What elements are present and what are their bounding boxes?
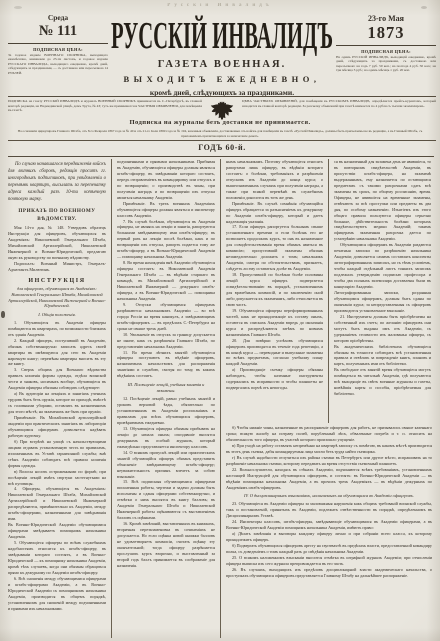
year-line: ГОДЪ 60-й. — [8, 140, 436, 152]
gazette-subtitle: ГАЗЕТА ВОЕННАЯ. — [110, 59, 334, 70]
paper-stain — [421, 6, 427, 9]
article-block: III. Посѣщеніе лекцій, учебныя занятія и… — [123, 382, 209, 394]
column-divider — [111, 159, 112, 638]
article-block: Примѣчаніе. Въ трехъ военныхъ Академіяхъ… — [117, 201, 215, 219]
wide-bottom-column: б) Чтобы нижніе чины, назначенные въ рас… — [226, 425, 432, 638]
column-divider — [328, 159, 329, 423]
article-block: Мая 14-го дня, № 148. Утвердивъ образецъ… — [8, 225, 106, 261]
article-block: 24. Инспекторы классовъ, штабъ-офицеры, … — [226, 519, 432, 531]
issue-date: 23-го Мая — [336, 14, 436, 23]
article-block: 17. Если офицеръ рапортуется больнымъ св… — [226, 224, 323, 272]
subscription-price-text: За годовое изданіе ВОЕННАГО СБОРНИКА, вы… — [8, 53, 108, 75]
circular-notice: На основаніи циркуляровъ Главнаго Штаба,… — [10, 129, 430, 138]
right-subscription-box: 23-го Мая 1873 ПОДПИСНАЯ ЦѢНА: На одинъ … — [336, 13, 436, 97]
article-block: 6. Всѣ сношенія между обучающимися офице… — [8, 576, 106, 612]
article-block: 4. Офицеры, обучающіеся въ Академіяхъ: Н… — [8, 486, 106, 522]
column-divider — [220, 159, 221, 638]
article-body: По случаю начавшагося передвиженія войск… — [8, 156, 434, 638]
article-block: 12. Посѣщеніе лекцій, равно учебныхъ зан… — [117, 396, 215, 426]
subscription-price-title: ПОДПИСНАЯ ЦѢНА: — [336, 49, 436, 54]
column-2: подчиненными и прямыми начальниками. При… — [117, 159, 215, 638]
article-block: 2. Каждый офицеръ, поступившій въ Академ… — [8, 338, 106, 368]
article-block: I. Общія положенія. — [14, 312, 100, 318]
article-block: г) Въ случаѣ надобности отлучиться изъ р… — [226, 455, 432, 467]
article-block: 15. Всѣ подписныя обучающимися офицерами… — [117, 479, 215, 521]
issue-number: № 111 — [8, 23, 108, 44]
article-block: Примѣчаніе. Въ Михайловской артиллерійск… — [8, 415, 106, 439]
article-block: 20. Для повѣрки успѣховъ обучающихся офи… — [226, 338, 323, 368]
article-block: 22. Вольнослушатели, находясь въ стѣнахъ… — [226, 467, 432, 491]
article-block: 19. Обучающіеся офицеры переформированны… — [226, 308, 323, 338]
masthead-center: РУССКІЙ ИНВАЛИДЪ ГАЗЕТА ВОЕННАЯ. ВЫХОДИТ… — [108, 13, 336, 97]
article-block: для офицеровъ, обучающихся въ Академіяхъ… — [8, 286, 106, 309]
column-1: По случаю начавшагося передвиженія войск… — [8, 159, 106, 638]
article-block: По случаю начавшагося передвиженія войск… — [8, 161, 106, 203]
article-block: ИНСТРУКЦІЯ — [8, 277, 106, 286]
no-delivery-notice: Подписка на журналы безъ доставки не при… — [0, 119, 440, 126]
article-block: 18. Пропустившій по болѣзни болѣе полови… — [226, 272, 323, 308]
article-block: б) Чтобы нижніе чины, назначенные въ рас… — [226, 425, 432, 443]
article-block: подчиненными и прямыми начальниками. При… — [117, 159, 215, 201]
article-block: 23. Обучающіеся въ Академіи офицеры за м… — [226, 501, 432, 519]
article-block: 7. Въ случаѣ болѣзни, обучающіеся въ Ака… — [117, 219, 215, 261]
article-block: нымъ начальникамъ. Поэтому обучающіеся о… — [226, 159, 323, 201]
column-3: нымъ начальникамъ. Поэтому обучающіеся о… — [226, 159, 323, 423]
article-block: 14. О всякомъ пропускѣ лекцій или практи… — [117, 450, 215, 480]
right-half: нымъ начальникамъ. Поэтому обучающіеся о… — [226, 159, 432, 638]
weekday-label: Среда — [8, 13, 108, 22]
article-block: 26. Въ случаяхъ, выходящихъ изъ предѣлов… — [226, 567, 432, 579]
bleed-through-text: Русскій Инвалидъ — [0, 3, 440, 8]
article-block: а) Въ аудиторіи на лекціяхъ и занятіяхъ … — [8, 391, 106, 415]
issue-year: 1873 — [336, 23, 436, 46]
article-block: 16. Кромѣ замѣчаній, выставленныхъ въ кн… — [117, 521, 215, 569]
left-subscription-box: Среда № 111 ПОДПИСНАЯ ЦѢНА: За годовое и… — [8, 13, 108, 97]
article-block: 5. Обучающіеся офицеры по всѣмъ служебны… — [8, 540, 106, 576]
article-block: IV. О дисциплинарныхъ взысканіяхъ, налаг… — [232, 493, 426, 499]
article-block: 25. О всякомъ наложенномъ взысканіи внос… — [226, 555, 432, 567]
subscription-price-text: На одинъ РУССКІЙ ИНВАЛИДЪ, выходящій еже… — [336, 55, 436, 73]
article-block: в) Волосы носить остриженными по формѣ; … — [8, 469, 106, 487]
article-block: Въ академическихъ библіотекахъ обучающіе… — [334, 344, 431, 368]
article-block: 8. Во время нахожденія внѣ Академіи обуч… — [117, 260, 215, 302]
article-block: а) Дѣлать замѣчанія и выговоры каждому о… — [226, 531, 432, 543]
publication-frequency: ВЫХОДИТЪ ЕЖЕДНЕВНО, — [110, 74, 334, 84]
subscription-price-title: ПОДПИСНАЯ ЦѢНА: — [8, 47, 108, 52]
article-block: б) При встрѣчѣ на улицѣ съ начальствующи… — [8, 439, 106, 469]
article-block: Обучающимся офицерамъ въ Академіи раздаю… — [334, 242, 431, 290]
article-block: 10. Увольненіе въ отпускъ за границу доп… — [117, 332, 215, 350]
article-block: в) При уходѣ на работу оставлять непремѣ… — [226, 443, 432, 455]
article-block: 21. Инструменты должны быть пріобрѣтаемы… — [334, 314, 431, 344]
right-top-columns: нымъ начальникамъ. Поэтому обучающіеся о… — [226, 159, 432, 423]
paper-stain — [14, 6, 22, 9]
paper-stain — [1, 311, 5, 318]
article-block: 3. Сверхъ общихъ для Военнаго вѣдомства … — [8, 367, 106, 391]
masthead-title-art: РУССКІЙ ИНВАЛИДЪ — [110, 15, 334, 57]
article-block: Подписалъ: Военный Министръ, Генералъ-Ад… — [8, 261, 106, 273]
article-block: Примѣчаніе. Въ случаѣ сомнѣнія обучающій… — [226, 201, 323, 225]
newspaper-page: Русскій Инвалидъ Среда № 111 ПОДПИСНАЯ Ц… — [0, 0, 440, 641]
article-block: ся въ назначенный для экзамена день не я… — [334, 159, 431, 242]
article-block: б) Подвергать обучающихся офицеровъ арес… — [226, 543, 432, 555]
article-block: а) Производящіе съемку офицеры обязаны н… — [226, 367, 323, 391]
article-block: 9. Отпуски обучающимся офицерамъ разрѣша… — [117, 302, 215, 332]
masthead-header: Среда № 111 ПОДПИСНАЯ ЦѢНА: За годовое и… — [8, 13, 436, 97]
article-block: 1. Обучающіеся въ Академіи офицеры помѣщ… — [8, 320, 106, 338]
masthead-title: РУССКІЙ ИНВАЛИДЪ — [111, 15, 333, 57]
article-block: Литографированныя записки, розданныя обу… — [334, 290, 431, 314]
article-block: 11. Во время лѣтнихъ занятій обучающіеся… — [117, 350, 215, 380]
article-block: Въ Военно-Юридической Академіи обучающим… — [8, 522, 106, 540]
column-4: ся въ назначенный для экзамена день не я… — [334, 159, 431, 423]
article-block: 13. Обучающіеся офицеры обязаны прибыват… — [117, 426, 215, 450]
article-block: ПРИКАЗЪ ПО ВОЕННОМУ ВѢДОМСТВУ. — [8, 208, 106, 223]
article-block: Въ свободное отъ занятій время обучающіе… — [334, 367, 431, 397]
